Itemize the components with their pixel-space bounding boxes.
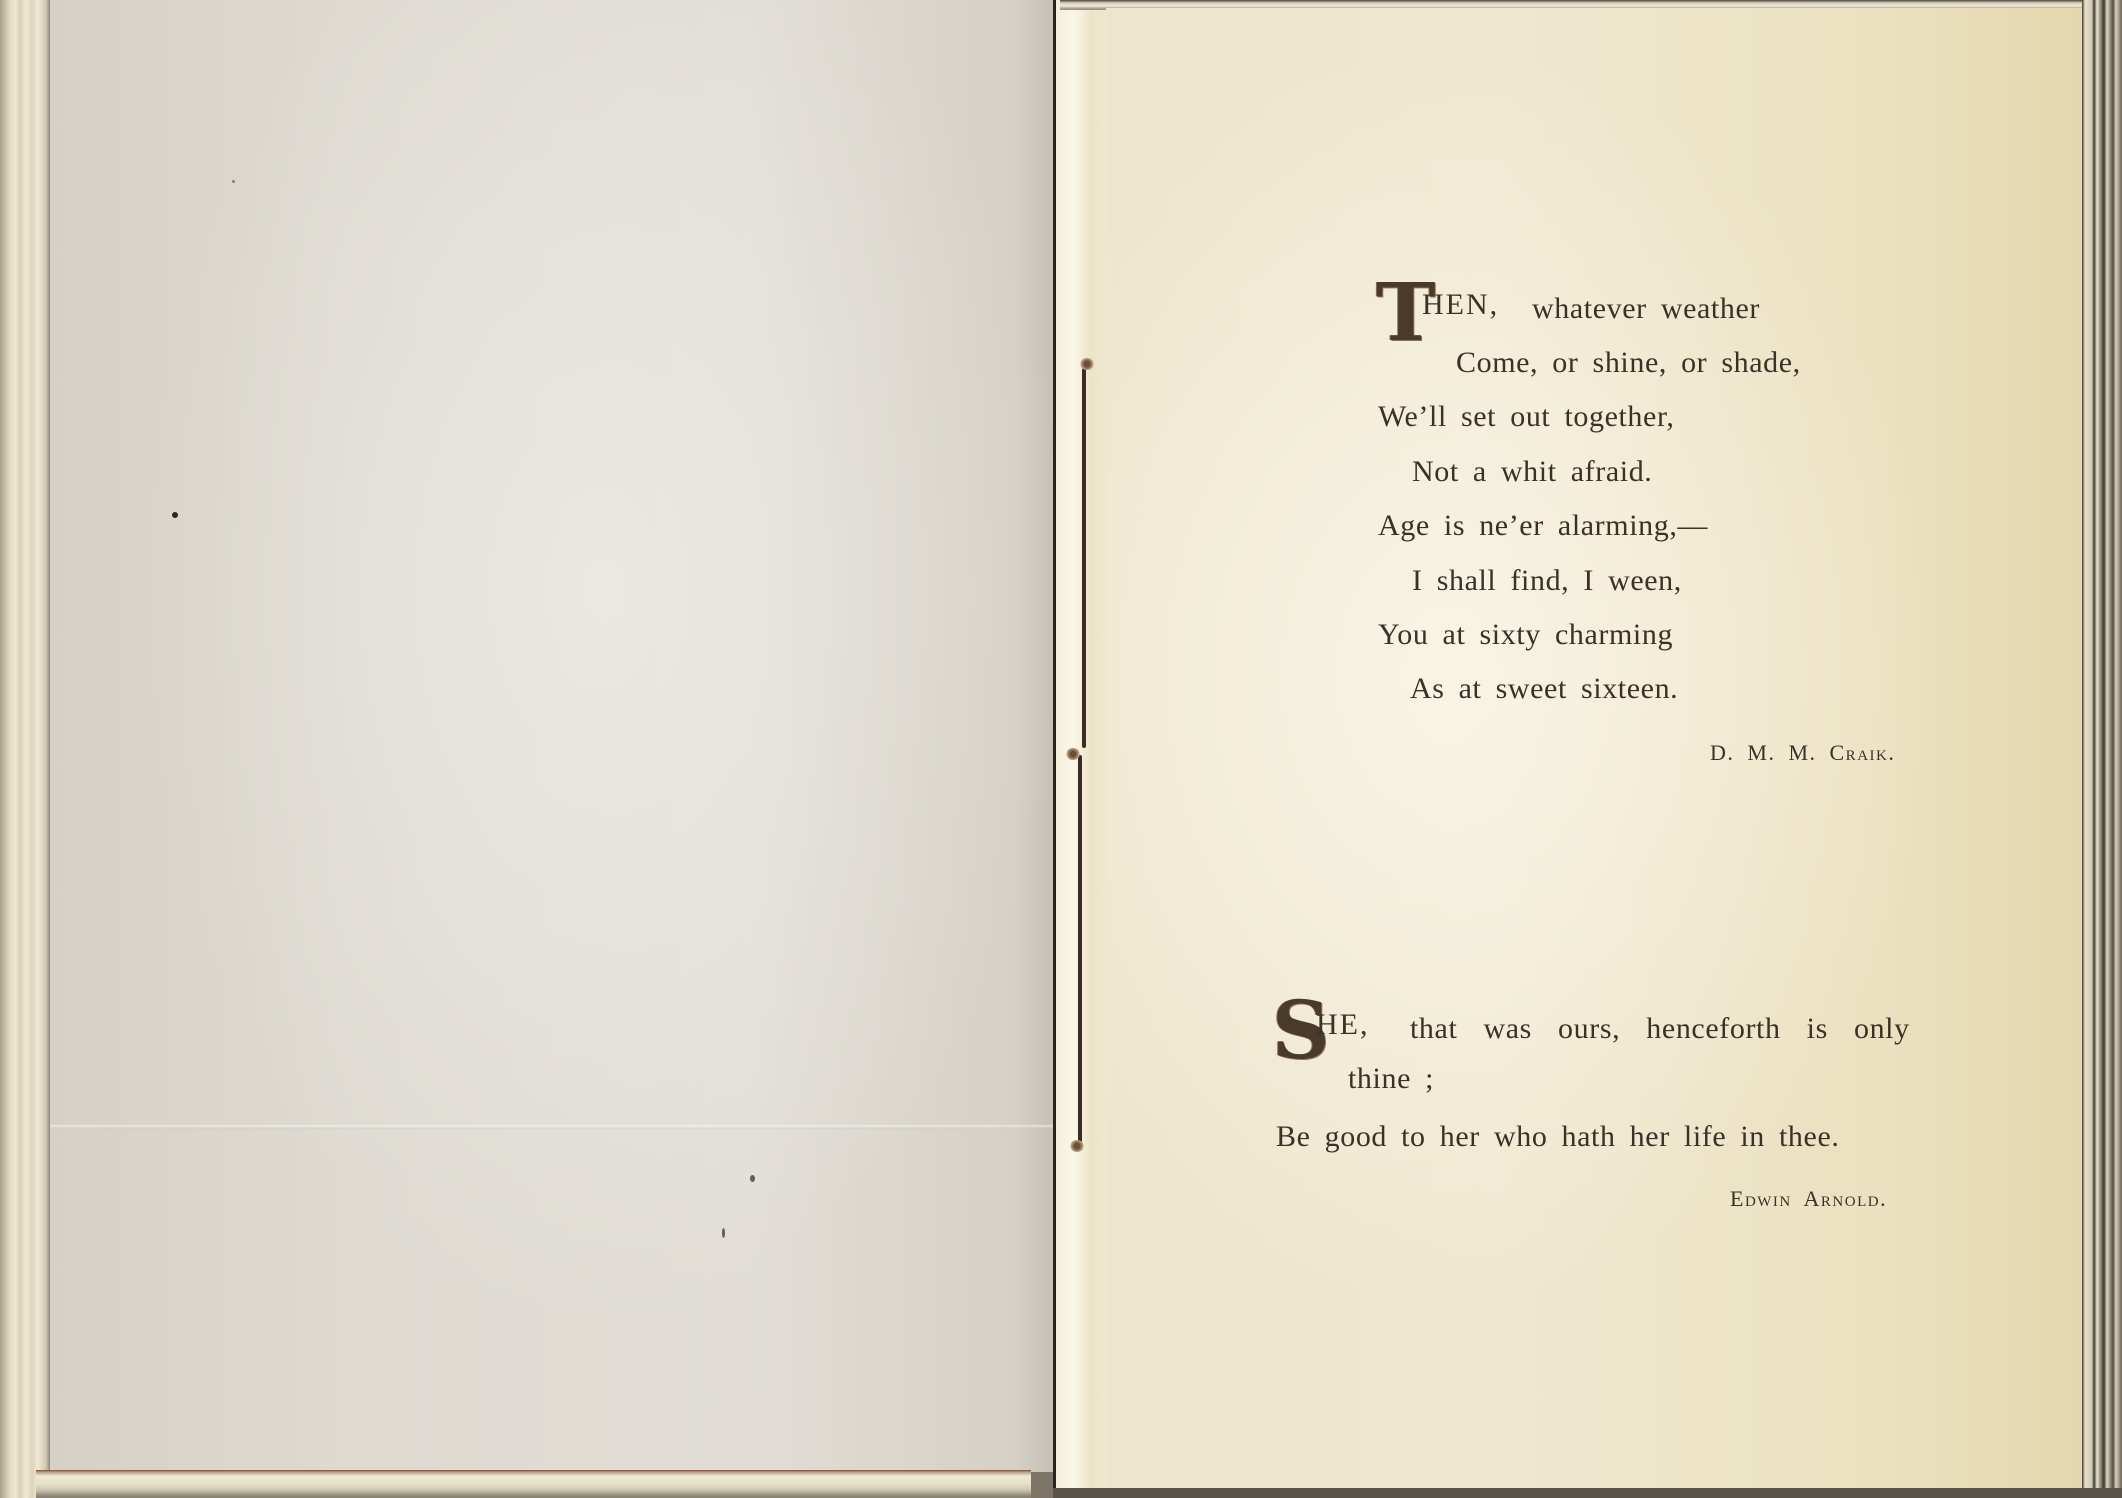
poem-line: Be good to her who hath her life in thee… bbox=[1276, 1120, 1839, 1154]
poem-line: As at sweet sixteen. bbox=[1410, 672, 1678, 706]
thread-knot bbox=[1066, 748, 1080, 760]
right-page-edges bbox=[2082, 0, 2122, 1498]
paper-speck bbox=[750, 1175, 755, 1182]
open-book-spread: T HEN, whatever weather Come, or shine, … bbox=[0, 0, 2122, 1498]
thread-knot bbox=[1080, 358, 1094, 370]
paper-speck bbox=[722, 1228, 725, 1238]
left-page-blank bbox=[50, 0, 1053, 1472]
poem-line: HEN, bbox=[1422, 288, 1499, 322]
paper-speck bbox=[172, 512, 178, 518]
poem-line: Not a whit afraid. bbox=[1412, 455, 1652, 489]
paper-fold bbox=[50, 1125, 1053, 1129]
binding-thread bbox=[1078, 755, 1082, 1145]
left-page-edges bbox=[0, 0, 52, 1498]
thread-knot bbox=[1070, 1140, 1084, 1152]
author-attribution: D. M. M. Craik. bbox=[1710, 740, 1895, 766]
poem-line: I shall find, I ween, bbox=[1412, 564, 1682, 598]
author-attribution: Edwin Arnold. bbox=[1730, 1186, 1887, 1212]
binding-gutter bbox=[1056, 0, 1106, 1490]
poem-line: thine ; bbox=[1348, 1062, 1434, 1096]
poem-line: that was ours, henceforth is only bbox=[1410, 1012, 1910, 1046]
poem-line: Come, or shine, or shade, bbox=[1456, 346, 1801, 380]
paper-speck bbox=[232, 180, 235, 183]
binding-thread bbox=[1082, 368, 1086, 748]
left-page-bottom-edge bbox=[36, 1470, 1031, 1498]
poem-line: HE, bbox=[1316, 1008, 1370, 1042]
poem-line: whatever weather bbox=[1532, 292, 1760, 326]
poem-line: Age is ne’er alarming,— bbox=[1378, 509, 1708, 543]
right-page bbox=[1106, 8, 2082, 1490]
poem-line: You at sixty charming bbox=[1378, 618, 1673, 652]
poem-line: We’ll set out together, bbox=[1378, 400, 1674, 434]
right-page-bottom-edge bbox=[1053, 1488, 2122, 1498]
